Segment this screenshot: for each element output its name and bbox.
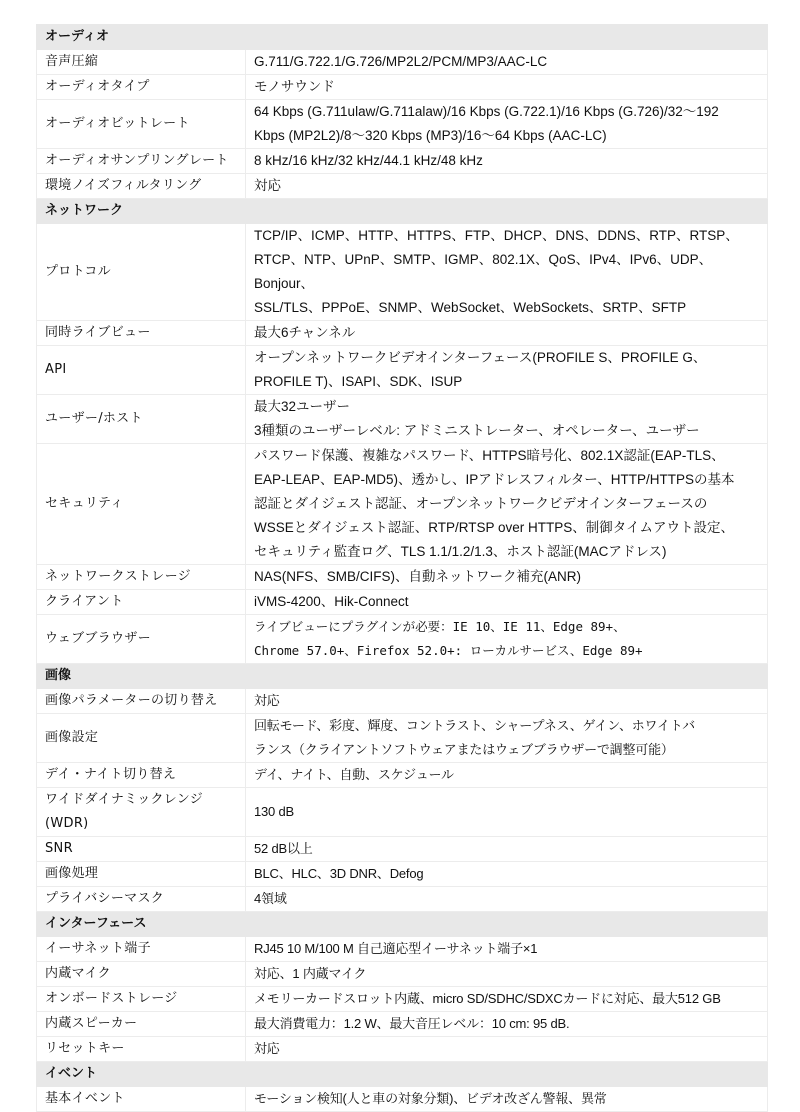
spec-label: オーディオタイプ [37, 75, 246, 100]
spec-row: SNR52 dB以上 [37, 837, 768, 862]
spec-label: リセットキー [37, 1037, 246, 1062]
spec-value: G.711/G.722.1/G.726/MP2L2/PCM/MP3/AAC-LC [246, 50, 768, 75]
spec-value-line: 最大消費電力：1.2 W、最大音圧レベル：10 cm: 95 dB. [254, 1012, 759, 1036]
spec-row: 内蔵マイク対応、1 内蔵マイク [37, 962, 768, 987]
spec-value-line: TCP/IP、ICMP、HTTP、HTTPS、FTP、DHCP、DNS、DDNS… [254, 224, 759, 248]
spec-value-line: WSSEとダイジェスト認証、RTP/RTSP over HTTPS、制御タイムア… [254, 516, 759, 540]
spec-row: デイ・ナイト切り替えデイ、ナイト、自動、スケジュール [37, 763, 768, 788]
spec-row: 環境ノイズフィルタリング対応 [37, 174, 768, 199]
spec-value-line: G.711/G.722.1/G.726/MP2L2/PCM/MP3/AAC-LC [254, 50, 759, 74]
spec-label: 同時ライブビュー [37, 321, 246, 346]
spec-value-line: セキュリティ監査ログ、TLS 1.1/1.2/1.3、ホスト認証(MACアドレス… [254, 540, 759, 564]
spec-row: 同時ライブビュー最大6チャンネル [37, 321, 768, 346]
spec-value-line: 52 dB以上 [254, 837, 759, 861]
spec-value-line: 64 Kbps (G.711ulaw/G.711alaw)/16 Kbps (G… [254, 100, 759, 124]
spec-value-line: iVMS-4200、Hik-Connect [254, 590, 759, 614]
spec-label: プライバシーマスク [37, 887, 246, 912]
spec-label: セキュリティ [37, 444, 246, 565]
spec-label: イーサネット端子 [37, 937, 246, 962]
spec-label: デイ・ナイト切り替え [37, 763, 246, 788]
spec-value-line: SSL/TLS、PPPoE、SNMP、WebSocket、WebSockets、… [254, 296, 759, 320]
spec-value: メモリーカードスロット内蔵、micro SD/SDHC/SDXCカードに対応、最… [246, 987, 768, 1012]
spec-value-line: 対応 [254, 689, 759, 713]
spec-row: ユーザー/ホスト最大32ユーザー3種類のユーザーレベル: アドミニストレーター、… [37, 395, 768, 444]
spec-row: ネットワークストレージNAS(NFS、SMB/CIFS)、自動ネットワーク補充(… [37, 565, 768, 590]
spec-value: 最大消費電力：1.2 W、最大音圧レベル：10 cm: 95 dB. [246, 1012, 768, 1037]
spec-value: TCP/IP、ICMP、HTTP、HTTPS、FTP、DHCP、DNS、DDNS… [246, 224, 768, 321]
spec-value-line: Kbps (MP2L2)/8〜320 Kbps (MP3)/16〜64 Kbps… [254, 124, 759, 148]
section-title: ネットワーク [37, 199, 768, 224]
spec-row: オーディオビットレート64 Kbps (G.711ulaw/G.711alaw)… [37, 100, 768, 149]
spec-value-line: EAP-LEAP、EAP-MD5)、透かし、IPアドレスフィルター、HTTP/H… [254, 468, 759, 492]
spec-value: 52 dB以上 [246, 837, 768, 862]
spec-row: 内蔵スピーカー最大消費電力：1.2 W、最大音圧レベル：10 cm: 95 dB… [37, 1012, 768, 1037]
spec-value: 64 Kbps (G.711ulaw/G.711alaw)/16 Kbps (G… [246, 100, 768, 149]
spec-row: 基本イベントモーション検知(人と車の対象分類)、ビデオ改ざん警報、異常 [37, 1087, 768, 1112]
spec-row: セキュリティパスワード保護、複雑なパスワード、HTTPS暗号化、802.1X認証… [37, 444, 768, 565]
spec-row: APIオープンネットワークビデオインターフェース(PROFILE S、PROFI… [37, 346, 768, 395]
spec-label: 基本イベント [37, 1087, 246, 1112]
spec-table-body: オーディオ音声圧縮G.711/G.722.1/G.726/MP2L2/PCM/M… [37, 25, 768, 1112]
section-header-row: オーディオ [37, 25, 768, 50]
spec-value: デイ、ナイト、自動、スケジュール [246, 763, 768, 788]
spec-row: クライアントiVMS-4200、Hik-Connect [37, 590, 768, 615]
spec-value-line: デイ、ナイト、自動、スケジュール [254, 763, 759, 787]
spec-value: パスワード保護、複雑なパスワード、HTTPS暗号化、802.1X認証(EAP-T… [246, 444, 768, 565]
spec-value: NAS(NFS、SMB/CIFS)、自動ネットワーク補充(ANR) [246, 565, 768, 590]
spec-value-line: 対応 [254, 1037, 759, 1061]
spec-value-line: RJ45 10 M/100 M 自己適応型イーサネット端子×1 [254, 937, 759, 961]
spec-value-line: 認証とダイジェスト認証、オープンネットワークビデオインターフェースの [254, 492, 759, 516]
spec-row: 音声圧縮G.711/G.722.1/G.726/MP2L2/PCM/MP3/AA… [37, 50, 768, 75]
spec-value-line: 3種類のユーザーレベル: アドミニストレーター、オペレーター、ユーザー [254, 419, 759, 443]
spec-label: プロトコル [37, 224, 246, 321]
spec-row: イーサネット端子RJ45 10 M/100 M 自己適応型イーサネット端子×1 [37, 937, 768, 962]
spec-label: ウェブブラウザー [37, 615, 246, 664]
spec-row: プライバシーマスク4領域 [37, 887, 768, 912]
spec-value-line: モノサウンド [254, 75, 759, 99]
spec-value-line: 8 kHz/16 kHz/32 kHz/44.1 kHz/48 kHz [254, 149, 759, 173]
section-title: イベント [37, 1062, 768, 1087]
spec-value-line: ライブビューにプラグインが必要：IE 10、IE 11、Edge 89+、 [254, 615, 759, 639]
spec-value-line: 130 dB [254, 800, 759, 824]
spec-label: 画像パラメーターの切り替え [37, 689, 246, 714]
spec-label: ユーザー/ホスト [37, 395, 246, 444]
spec-value: iVMS-4200、Hik-Connect [246, 590, 768, 615]
section-title: 画像 [37, 664, 768, 689]
spec-value: 対応、1 内蔵マイク [246, 962, 768, 987]
spec-value: モノサウンド [246, 75, 768, 100]
spec-value: 対応 [246, 689, 768, 714]
spec-value: 8 kHz/16 kHz/32 kHz/44.1 kHz/48 kHz [246, 149, 768, 174]
spec-value: オープンネットワークビデオインターフェース(PROFILE S、PROFILE … [246, 346, 768, 395]
spec-label: 内蔵スピーカー [37, 1012, 246, 1037]
spec-table: オーディオ音声圧縮G.711/G.722.1/G.726/MP2L2/PCM/M… [36, 24, 768, 1112]
spec-value: 最大32ユーザー3種類のユーザーレベル: アドミニストレーター、オペレーター、ユ… [246, 395, 768, 444]
spec-value: 最大6チャンネル [246, 321, 768, 346]
spec-value: ライブビューにプラグインが必要：IE 10、IE 11、Edge 89+、Chr… [246, 615, 768, 664]
spec-row: オーディオタイプモノサウンド [37, 75, 768, 100]
spec-label: ネットワークストレージ [37, 565, 246, 590]
spec-value-line: ランス（クライアントソフトウェアまたはウェブブラウザーで調整可能） [254, 738, 759, 762]
spec-label: 音声圧縮 [37, 50, 246, 75]
spec-value: 対応 [246, 174, 768, 199]
section-title: インターフェース [37, 912, 768, 937]
spec-row: ウェブブラウザーライブビューにプラグインが必要：IE 10、IE 11、Edge… [37, 615, 768, 664]
spec-value-line: メモリーカードスロット内蔵、micro SD/SDHC/SDXCカードに対応、最… [254, 987, 759, 1011]
spec-row: 画像処理BLC、HLC、3D DNR、Defog [37, 862, 768, 887]
spec-value-line: PROFILE T)、ISAPI、SDK、ISUP [254, 370, 759, 394]
spec-label: 画像処理 [37, 862, 246, 887]
spec-value-line: 対応、1 内蔵マイク [254, 962, 759, 986]
section-header-row: ネットワーク [37, 199, 768, 224]
spec-value-line: 最大32ユーザー [254, 395, 759, 419]
section-header-row: 画像 [37, 664, 768, 689]
spec-value-line: Chrome 57.0+、Firefox 52.0+: ローカルサービス、Edg… [254, 639, 759, 663]
spec-label: 環境ノイズフィルタリング [37, 174, 246, 199]
spec-label: オーディオサンプリングレート [37, 149, 246, 174]
spec-value-line: NAS(NFS、SMB/CIFS)、自動ネットワーク補充(ANR) [254, 565, 759, 589]
spec-value-line: モーション検知(人と車の対象分類)、ビデオ改ざん警報、異常 [254, 1087, 759, 1111]
section-header-row: イベント [37, 1062, 768, 1087]
spec-value-line: 回転モード、彩度、輝度、コントラスト、シャープネス、ゲイン、ホワイトバ [254, 714, 759, 738]
spec-row: リセットキー対応 [37, 1037, 768, 1062]
spec-value: 130 dB [246, 788, 768, 837]
spec-row: 画像パラメーターの切り替え対応 [37, 689, 768, 714]
spec-row: 画像設定回転モード、彩度、輝度、コントラスト、シャープネス、ゲイン、ホワイトバラ… [37, 714, 768, 763]
spec-value-line: パスワード保護、複雑なパスワード、HTTPS暗号化、802.1X認証(EAP-T… [254, 444, 759, 468]
spec-row: プロトコルTCP/IP、ICMP、HTTP、HTTPS、FTP、DHCP、DNS… [37, 224, 768, 321]
spec-label: オーディオビットレート [37, 100, 246, 149]
spec-value-line: RTCP、NTP、UPnP、SMTP、IGMP、802.1X、QoS、IPv4、… [254, 248, 759, 296]
spec-value: 4領域 [246, 887, 768, 912]
spec-value: RJ45 10 M/100 M 自己適応型イーサネット端子×1 [246, 937, 768, 962]
spec-label: ワイドダイナミックレンジ(WDR) [37, 788, 246, 837]
spec-row: オンボードストレージメモリーカードスロット内蔵、micro SD/SDHC/SD… [37, 987, 768, 1012]
spec-value-line: BLC、HLC、3D DNR、Defog [254, 862, 759, 886]
section-title: オーディオ [37, 25, 768, 50]
section-header-row: インターフェース [37, 912, 768, 937]
spec-value: BLC、HLC、3D DNR、Defog [246, 862, 768, 887]
spec-label: 内蔵マイク [37, 962, 246, 987]
spec-value: 回転モード、彩度、輝度、コントラスト、シャープネス、ゲイン、ホワイトバランス（ク… [246, 714, 768, 763]
spec-value: 対応 [246, 1037, 768, 1062]
spec-value: モーション検知(人と車の対象分類)、ビデオ改ざん警報、異常 [246, 1087, 768, 1112]
spec-label: SNR [37, 837, 246, 862]
spec-row: ワイドダイナミックレンジ(WDR)130 dB [37, 788, 768, 837]
spec-label: API [37, 346, 246, 395]
spec-value-line: オープンネットワークビデオインターフェース(PROFILE S、PROFILE … [254, 346, 759, 370]
spec-value-line: 最大6チャンネル [254, 321, 759, 345]
spec-label: 画像設定 [37, 714, 246, 763]
spec-label: クライアント [37, 590, 246, 615]
spec-value-line: 対応 [254, 174, 759, 198]
spec-row: オーディオサンプリングレート8 kHz/16 kHz/32 kHz/44.1 k… [37, 149, 768, 174]
spec-value-line: 4領域 [254, 887, 759, 911]
spec-label: オンボードストレージ [37, 987, 246, 1012]
